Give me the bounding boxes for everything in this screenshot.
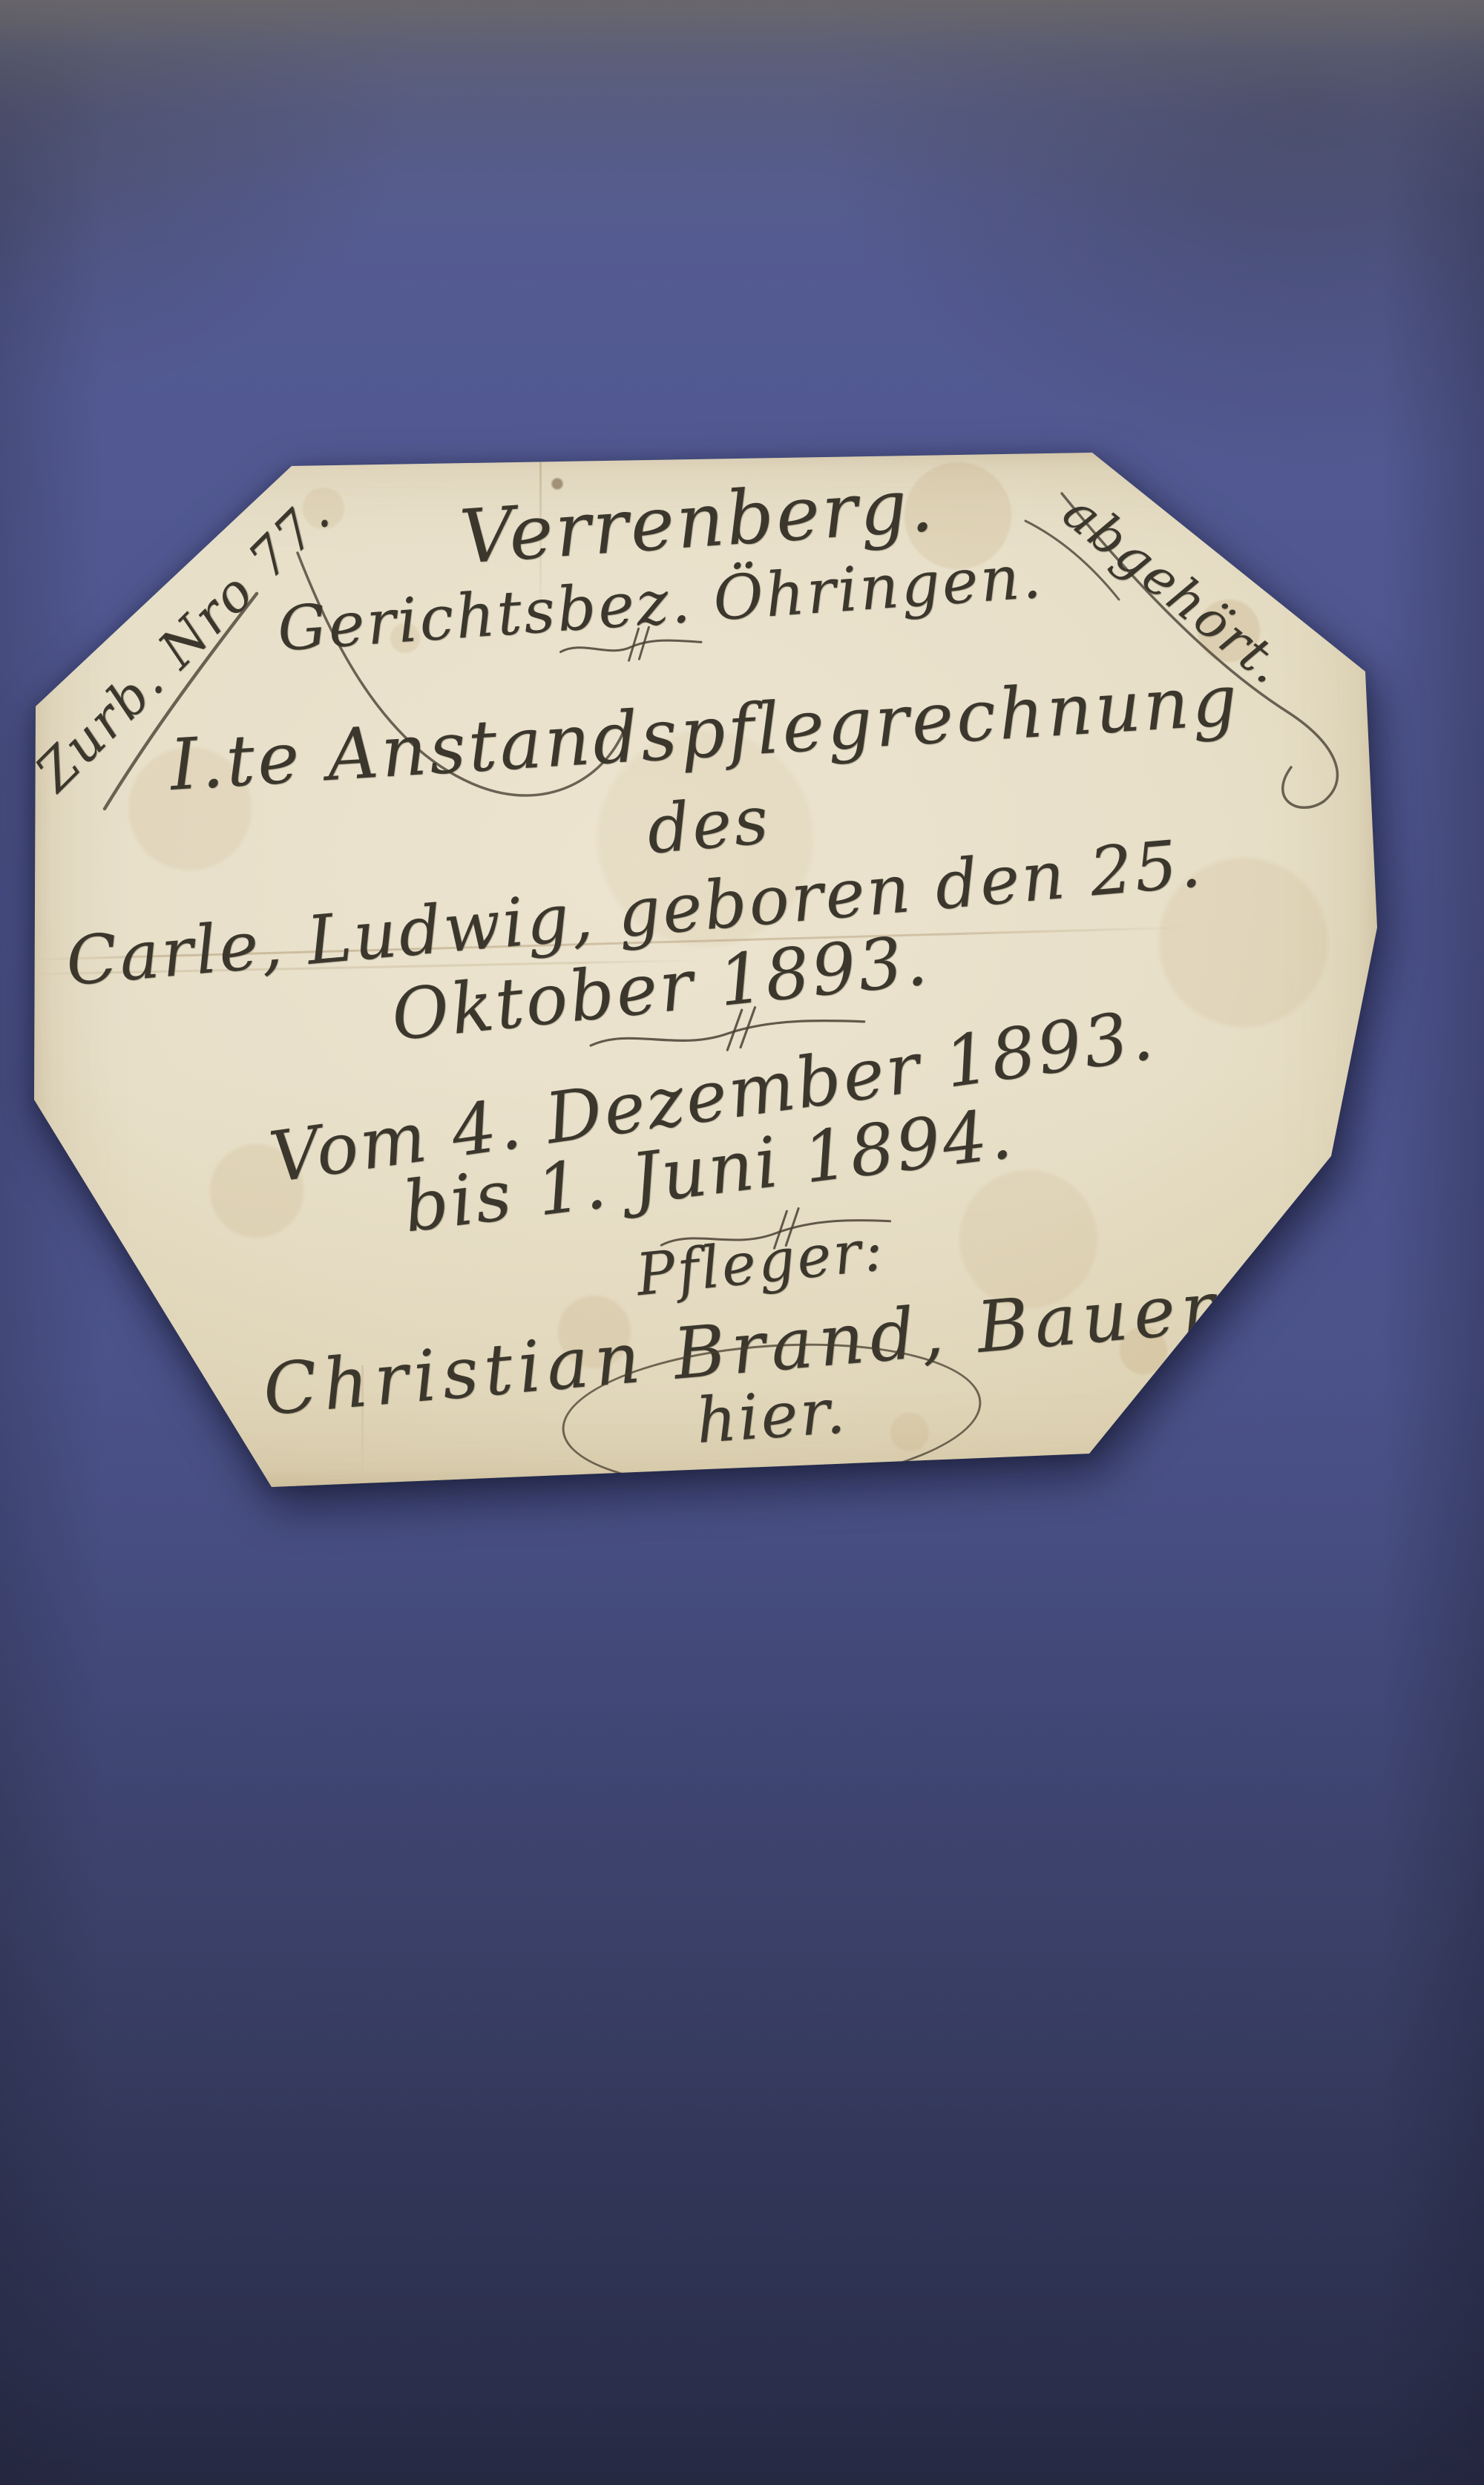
genitive-word: des (644, 781, 774, 869)
pasted-paper-label: Zurb. Nro 77. abgehört. Verrenberg. Geri… (34, 453, 1377, 1487)
pasted-paper-label-wrap: Zurb. Nro 77. abgehört. Verrenberg. Geri… (34, 453, 1377, 1487)
photographed-document: Zurb. Nro 77. abgehört. Verrenberg. Geri… (0, 0, 1484, 2485)
guardian-place-word: hier. (694, 1374, 850, 1457)
